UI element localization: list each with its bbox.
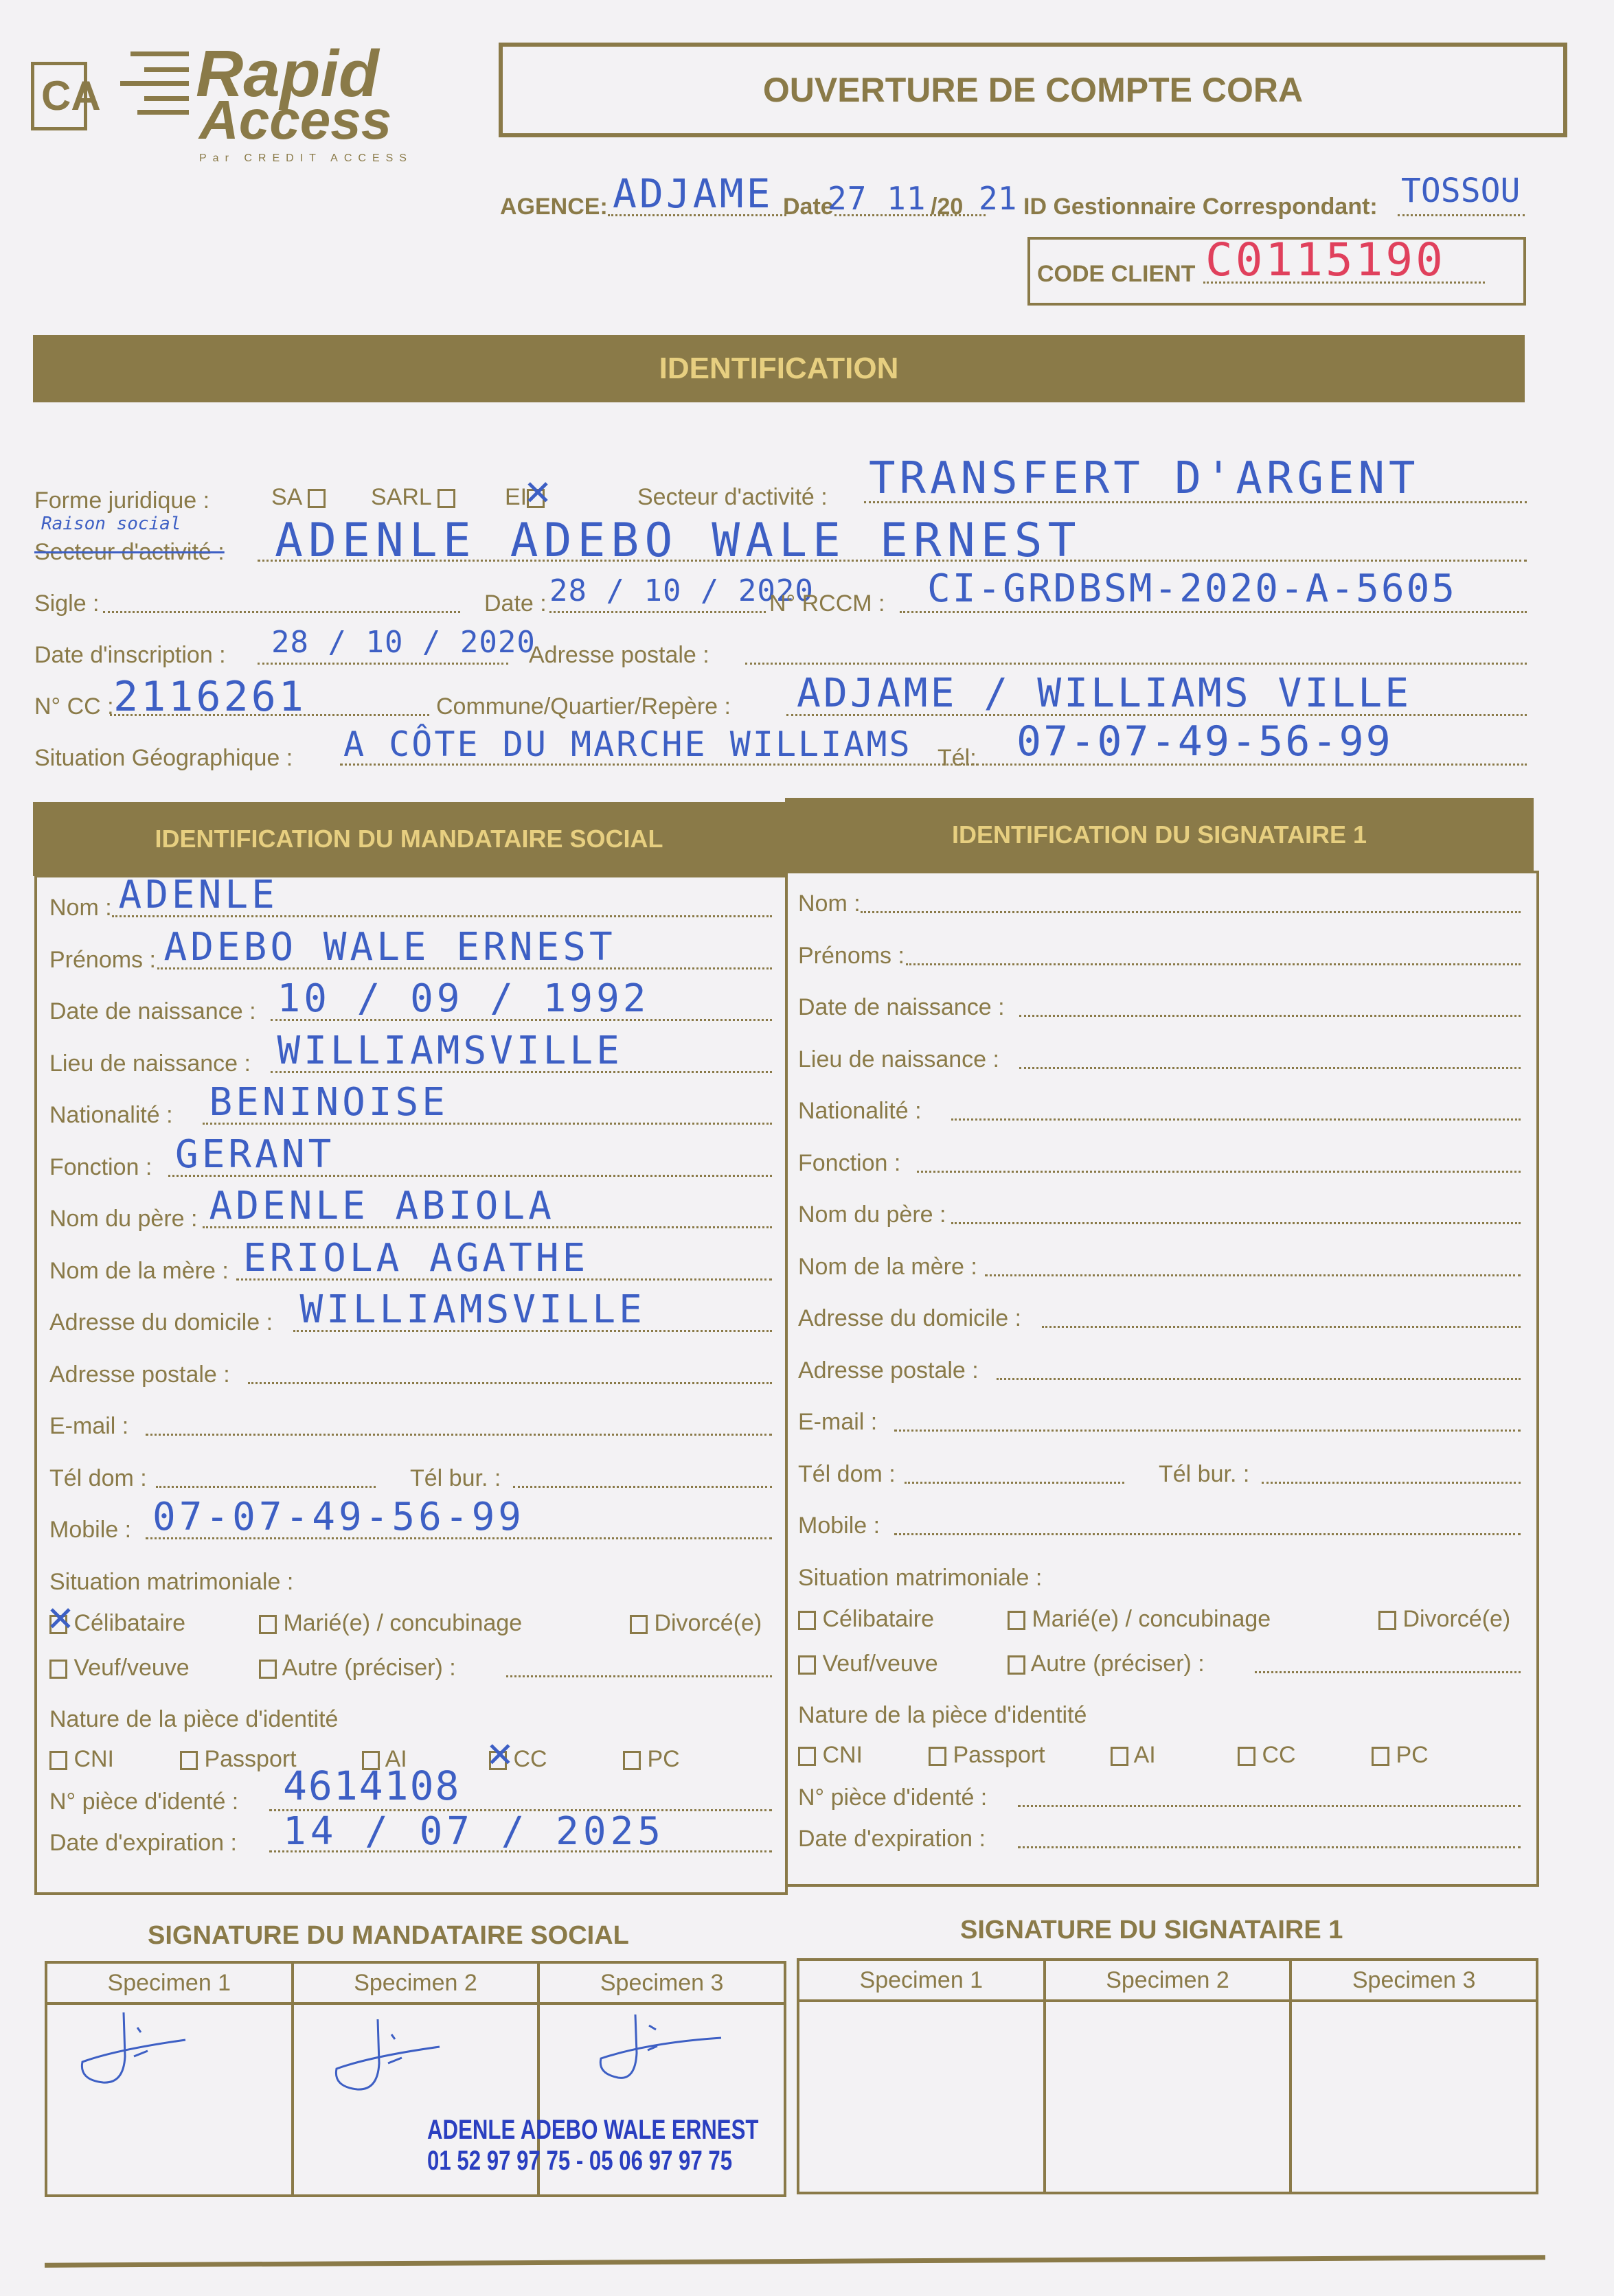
- mandataire-field-value[interactable]: ADENLE ABIOLA: [209, 1184, 555, 1228]
- forme-ei[interactable]: EI: [505, 484, 545, 511]
- checkbox[interactable]: [1378, 1611, 1396, 1630]
- mandataire-field-label: Fonction :: [49, 1154, 152, 1181]
- brand-access: Access: [199, 93, 391, 148]
- mandataire-situation-option[interactable]: Marié(e) / concubinage: [259, 1610, 522, 1637]
- adresse-postale-label: Adresse postale :: [529, 642, 709, 669]
- mandataire-field-value[interactable]: 10 / 09 / 1992: [277, 976, 650, 1021]
- signataire-field-label: Tél bur. :: [1159, 1461, 1249, 1488]
- checkbox[interactable]: [623, 1751, 641, 1770]
- checkbox-sa[interactable]: [308, 489, 326, 508]
- speed-line-icon: [120, 81, 189, 86]
- signataire-situation-label: Situation matrimoniale :: [798, 1565, 1042, 1592]
- signataire-field-label: Nom :: [798, 891, 861, 917]
- gestionnaire-line: [1398, 214, 1525, 216]
- header-date-value[interactable]: 27 11: [828, 180, 926, 217]
- specimen-1-header: Specimen 1: [798, 1960, 1045, 2001]
- gestionnaire-label: ID Gestionnaire Correspondant:: [1023, 194, 1378, 220]
- signataire-field-label: Fonction :: [798, 1150, 900, 1177]
- identification-header: IDENTIFICATION: [33, 335, 1525, 402]
- date-year-prefix: /20: [931, 194, 963, 220]
- signataire-field-label: Nationalité :: [798, 1098, 922, 1125]
- signataire-piece-option[interactable]: CC: [1238, 1742, 1296, 1769]
- mandataire-expiration-value[interactable]: 14 / 07 / 2025: [283, 1809, 665, 1854]
- mandataire-field-value[interactable]: WILLIAMSVILLE: [300, 1287, 646, 1332]
- signataire-specimen-3-box[interactable]: [1291, 2001, 1537, 2193]
- sigle-line: [103, 611, 460, 613]
- speed-line-icon: [144, 96, 189, 101]
- checkbox[interactable]: [180, 1751, 198, 1770]
- brand-tagline: Par CREDIT ACCESS: [199, 152, 413, 165]
- mandataire-situation-option[interactable]: Célibataire: [49, 1610, 185, 1637]
- date-label: Date: [783, 194, 834, 220]
- rccm-label: N° RCCM :: [769, 590, 885, 617]
- signataire-field-line: [951, 1222, 1521, 1224]
- checkbox[interactable]: [49, 1660, 67, 1679]
- speed-line-icon: [144, 67, 189, 72]
- signature-mark-icon: [76, 2008, 192, 2091]
- specimen-2-header: Specimen 2: [1045, 1960, 1291, 2001]
- date-year-value[interactable]: 21: [979, 180, 1016, 217]
- mandataire-situation-option[interactable]: Divorcé(e): [630, 1610, 762, 1637]
- ident-tel-label: Tél:: [937, 745, 977, 772]
- commune-label: Commune/Quartier/Repère :: [436, 693, 731, 720]
- speed-line-icon: [130, 51, 189, 56]
- checkbox[interactable]: [1008, 1655, 1025, 1675]
- ncc-value[interactable]: 2116261: [113, 673, 306, 721]
- ncc-label: N° CC :: [34, 693, 114, 720]
- speed-line-icon: [137, 110, 189, 115]
- checkbox[interactable]: [798, 1655, 816, 1675]
- mandataire-field-label: Lieu de naissance :: [49, 1051, 251, 1077]
- checkbox[interactable]: [1008, 1611, 1025, 1630]
- stamp-phones: 01 52 97 97 75 - 05 06 97 97 75: [427, 2146, 732, 2177]
- signataire-field-label: E-mail :: [798, 1409, 877, 1436]
- mandataire-field-line: [248, 1382, 773, 1384]
- signataire-field-line: [1042, 1326, 1521, 1328]
- raison-sociale-label: Secteur d'activité :: [34, 539, 225, 566]
- signataire-field-line: [985, 1274, 1521, 1276]
- mandataire-field-value[interactable]: ADENLE: [119, 873, 278, 917]
- stamp-name: ADENLE ADEBO WALE ERNEST: [427, 2115, 758, 2146]
- secteur-value[interactable]: TRANSFERT D'ARGENT: [869, 453, 1420, 504]
- checkbox[interactable]: [798, 1611, 816, 1630]
- mandataire-field-label: Adresse postale :: [49, 1362, 230, 1388]
- date-inscription-label: Date d'inscription :: [34, 642, 226, 669]
- mandataire-field-value[interactable]: GERANT: [175, 1132, 334, 1177]
- signataire-specimen-table: Specimen 1 Specimen 2 Specimen 3: [797, 1958, 1538, 2194]
- mandataire-piece-label: Nature de la pièce d'identité: [49, 1706, 338, 1733]
- mandataire-field-label: E-mail :: [49, 1413, 128, 1440]
- signataire-specimen-2-box[interactable]: [1045, 2001, 1291, 2193]
- commune-value[interactable]: ADJAME / WILLIAMS VILLE: [797, 669, 1411, 716]
- signataire-expiration-label: Date d'expiration :: [798, 1826, 986, 1852]
- checkbox[interactable]: [49, 1615, 67, 1634]
- mandataire-field-value[interactable]: ADEBO WALE ERNEST: [164, 925, 616, 969]
- forme-sarl[interactable]: SARL: [371, 484, 455, 511]
- signataire-field-line: [951, 1118, 1521, 1121]
- mandataire-piece-option[interactable]: CNI: [49, 1746, 114, 1773]
- signataire-field-line: [861, 911, 1521, 913]
- signataire-num-piece-line: [1018, 1805, 1521, 1807]
- mandataire-field-label: Date de naissance :: [49, 998, 256, 1025]
- signataire-situation-option[interactable]: Autre (préciser) :: [1008, 1651, 1205, 1677]
- mandataire-field-label: Nom :: [49, 895, 112, 921]
- mandataire-field-value[interactable]: ERIOLA AGATHE: [243, 1236, 589, 1281]
- signataire-situation-option[interactable]: Veuf/veuve: [798, 1651, 938, 1677]
- signataire-field-line: [917, 1171, 1521, 1173]
- signataire-field-label: Lieu de naissance :: [798, 1046, 999, 1073]
- signataire-field-line: [905, 1482, 1124, 1484]
- signataire-piece-option[interactable]: Passport: [929, 1742, 1045, 1769]
- signataire-signature-title: SIGNATURE DU SIGNATAIRE 1: [960, 1916, 1343, 1945]
- ident-date-line: [549, 611, 766, 613]
- checkbox[interactable]: [259, 1615, 277, 1634]
- mandataire-signature-title: SIGNATURE DU MANDATAIRE SOCIAL: [148, 1921, 629, 1951]
- mandataire-field-line: [146, 1434, 772, 1436]
- signataire-field-label: Nom de la mère :: [798, 1254, 977, 1281]
- signataire-piece-label: Nature de la pièce d'identité: [798, 1702, 1087, 1729]
- mandataire-field-value[interactable]: 07-07-49-56-99: [152, 1495, 525, 1539]
- signataire-expiration-line: [1018, 1846, 1521, 1848]
- signataire-num-piece-label: N° pièce d'identé :: [798, 1784, 987, 1811]
- signature-mark-icon: [330, 2015, 446, 2098]
- code-client-label: CODE CLIENT: [1037, 261, 1195, 288]
- signataire-field-line: [1019, 1015, 1521, 1017]
- mandataire-situation-label: Situation matrimoniale :: [49, 1569, 293, 1596]
- mandataire-expiration-label: Date d'expiration :: [49, 1830, 237, 1857]
- mandataire-field-line: [156, 1486, 376, 1488]
- sigle-label: Sigle :: [34, 590, 100, 617]
- form-title: OUVERTURE DE COMPTE CORA: [499, 43, 1567, 137]
- mandataire-field-label: Nom du père :: [49, 1206, 197, 1232]
- signataire-field-line: [894, 1430, 1521, 1432]
- signataire-situation-option[interactable]: Marié(e) / concubinage: [1008, 1606, 1271, 1633]
- mandataire-field-label: Tél bur. :: [410, 1465, 501, 1492]
- checkbox[interactable]: [630, 1615, 648, 1634]
- mandataire-field-label: Tél dom :: [49, 1465, 147, 1492]
- signataire-field-label: Date de naissance :: [798, 994, 1005, 1021]
- mandataire-field-label: Nationalité :: [49, 1102, 173, 1129]
- specimen-3-header: Specimen 3: [1291, 1960, 1537, 2001]
- secteur-label: Secteur d'activité :: [637, 484, 828, 511]
- mandataire-piece-option[interactable]: CC: [489, 1746, 547, 1773]
- agence-label: AGENCE:: [500, 194, 608, 220]
- forme-juridique-label: Forme juridique :: [34, 487, 209, 514]
- checkbox[interactable]: [929, 1747, 946, 1766]
- signataire-field-line: [894, 1533, 1521, 1535]
- checkbox[interactable]: [1238, 1747, 1255, 1766]
- signataire-header: IDENTIFICATION DU SIGNATAIRE 1: [785, 798, 1534, 872]
- specimen-2-header: Specimen 2: [293, 1962, 539, 2004]
- checkbox-ei-checked[interactable]: [527, 489, 545, 508]
- signataire-field-label: Adresse du domicile :: [798, 1305, 1021, 1332]
- ident-date-label: Date :: [484, 590, 547, 617]
- signataire-piece-option[interactable]: AI: [1111, 1742, 1156, 1769]
- signataire-autre-line: [1255, 1671, 1521, 1673]
- specimen-3-header: Specimen 3: [538, 1962, 785, 2004]
- ident-tel-value[interactable]: 07-07-49-56-99: [1016, 717, 1393, 766]
- mandataire-situation-option[interactable]: Veuf/veuve: [49, 1655, 190, 1681]
- mandataire-header: IDENTIFICATION DU MANDATAIRE SOCIAL: [33, 802, 785, 876]
- checkbox[interactable]: [1111, 1747, 1128, 1766]
- checkbox[interactable]: [49, 1751, 67, 1770]
- signataire-field-line: [906, 963, 1521, 965]
- signataire-field-line: [1019, 1067, 1521, 1069]
- signataire-field-line: [997, 1378, 1521, 1380]
- adresse-postale-line: [745, 663, 1527, 665]
- date-inscription-line: [258, 663, 508, 665]
- raison-sociale-annotation: Raison social: [41, 514, 181, 534]
- signataire-field-line: [1262, 1482, 1521, 1484]
- mandataire-field-value[interactable]: BENINOISE: [209, 1080, 448, 1125]
- rccm-line: [900, 611, 1527, 613]
- checkbox[interactable]: [798, 1747, 816, 1766]
- mandataire-field-label: Adresse du domicile :: [49, 1309, 273, 1336]
- gestionnaire-value[interactable]: TOSSOU: [1401, 172, 1520, 210]
- checkbox[interactable]: [1372, 1747, 1389, 1766]
- signataire-field-label: Prénoms :: [798, 943, 905, 969]
- signataire-field-label: Nom du père :: [798, 1202, 946, 1228]
- code-client-value[interactable]: C0115190: [1205, 233, 1446, 286]
- mandataire-piece-option[interactable]: Passport: [180, 1746, 297, 1773]
- date-inscription-value[interactable]: 28 / 10 / 2020: [271, 625, 536, 660]
- signataire-specimen-1-box[interactable]: [798, 2001, 1045, 2193]
- mandataire-situation-option[interactable]: Autre (préciser) :: [259, 1655, 456, 1681]
- signataire-field-label: Adresse postale :: [798, 1357, 979, 1384]
- signataire-piece-option[interactable]: CNI: [798, 1742, 863, 1769]
- signataire-field-label: Mobile :: [798, 1513, 880, 1539]
- signataire-field-label: Tél dom :: [798, 1461, 896, 1488]
- situation-geo-label: Situation Géographique :: [34, 745, 293, 772]
- forme-sa[interactable]: SA: [271, 484, 326, 511]
- checkbox-sarl[interactable]: [437, 489, 455, 508]
- signataire-piece-option[interactable]: PC: [1372, 1742, 1429, 1769]
- mandataire-num-piece-label: N° pièce d'identé :: [49, 1789, 238, 1815]
- mandataire-field-label: Nom de la mère :: [49, 1258, 229, 1285]
- raison-sociale-value[interactable]: ADENLE ADEBO WALE ERNEST: [275, 514, 1082, 568]
- footer-divider: [45, 2255, 1545, 2267]
- checkbox[interactable]: [489, 1751, 507, 1770]
- situation-geo-value[interactable]: A CÔTE DU MARCHE WILLIAMS: [343, 724, 912, 764]
- mandataire-num-piece-value[interactable]: 4614108: [283, 1763, 460, 1809]
- agence-value[interactable]: ADJAME: [613, 170, 773, 217]
- mandataire-piece-option[interactable]: PC: [623, 1746, 680, 1773]
- checkbox[interactable]: [259, 1660, 277, 1679]
- rccm-value[interactable]: CI-GRDBSM-2020-A-5605: [927, 566, 1457, 611]
- signataire-situation-option[interactable]: Divorcé(e): [1378, 1606, 1510, 1633]
- specimen-1-header: Specimen 1: [46, 1962, 293, 2004]
- credit-access-logo-icon: CA: [31, 62, 87, 130]
- mandataire-field-label: Mobile :: [49, 1517, 131, 1543]
- mandataire-field-label: Prénoms :: [49, 947, 156, 974]
- signataire-situation-option[interactable]: Célibataire: [798, 1606, 934, 1633]
- mandataire-field-line: [513, 1486, 772, 1488]
- signature-mark-icon: [594, 2012, 725, 2087]
- mandataire-autre-line: [506, 1675, 772, 1677]
- mandataire-field-value[interactable]: WILLIAMSVILLE: [277, 1029, 623, 1073]
